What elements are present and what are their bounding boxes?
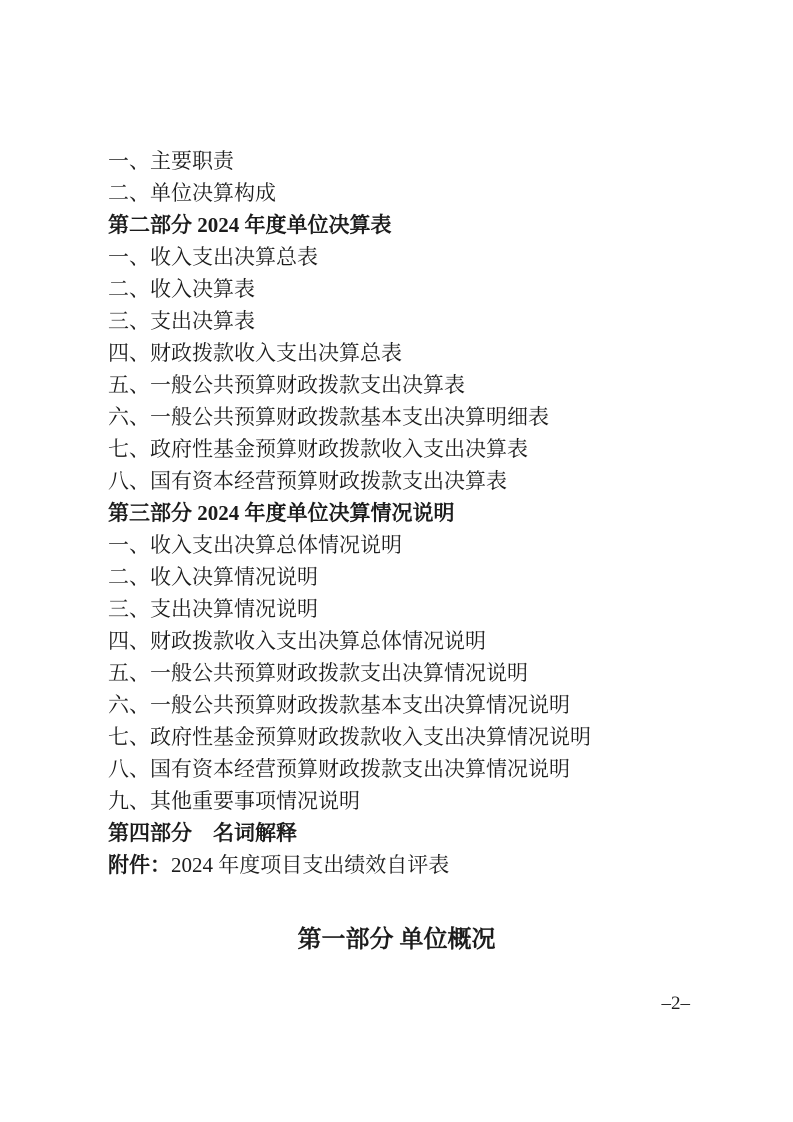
table-of-contents: 一、主要职责 二、单位决算构成 第二部分 2024 年度单位决算表 一、收入支出… xyxy=(108,145,733,881)
toc-attachment-line: 附件：2024 年度项目支出绩效自评表 xyxy=(108,849,733,881)
toc-item: 四、财政拨款收入支出决算总体情况说明 xyxy=(108,625,733,657)
toc-item: 七、政府性基金预算财政拨款收入支出决算情况说明 xyxy=(108,721,733,753)
toc-item: 六、一般公共预算财政拨款基本支出决算情况说明 xyxy=(108,689,733,721)
toc-item: 八、国有资本经营预算财政拨款支出决算表 xyxy=(108,465,733,497)
toc-item: 六、一般公共预算财政拨款基本支出决算明细表 xyxy=(108,401,733,433)
toc-item: 二、收入决算情况说明 xyxy=(108,561,733,593)
toc-item: 二、单位决算构成 xyxy=(108,177,733,209)
section-heading-part1: 第一部分 单位概况 xyxy=(0,924,793,956)
toc-part4-heading: 第四部分 名词解释 xyxy=(108,817,733,849)
toc-part3-heading: 第三部分 2024 年度单位决算情况说明 xyxy=(108,497,733,529)
document-page: 一、主要职责 二、单位决算构成 第二部分 2024 年度单位决算表 一、收入支出… xyxy=(0,0,793,1122)
toc-item: 七、政府性基金预算财政拨款收入支出决算表 xyxy=(108,433,733,465)
toc-item: 九、其他重要事项情况说明 xyxy=(108,785,733,817)
attachment-label: 附件： xyxy=(108,853,171,877)
toc-item: 一、收入支出决算总表 xyxy=(108,241,733,273)
toc-item: 五、一般公共预算财政拨款支出决算情况说明 xyxy=(108,657,733,689)
toc-item: 八、国有资本经营预算财政拨款支出决算情况说明 xyxy=(108,753,733,785)
toc-item: 一、主要职责 xyxy=(108,145,733,177)
page-number: –2– xyxy=(662,993,691,1015)
toc-item: 三、支出决算情况说明 xyxy=(108,593,733,625)
toc-item: 一、收入支出决算总体情况说明 xyxy=(108,529,733,561)
toc-item: 三、支出决算表 xyxy=(108,305,733,337)
attachment-text: 2024 年度项目支出绩效自评表 xyxy=(171,853,449,877)
toc-part2-heading: 第二部分 2024 年度单位决算表 xyxy=(108,209,733,241)
toc-item: 四、财政拨款收入支出决算总表 xyxy=(108,337,733,369)
toc-item: 五、一般公共预算财政拨款支出决算表 xyxy=(108,369,733,401)
toc-item: 二、收入决算表 xyxy=(108,273,733,305)
